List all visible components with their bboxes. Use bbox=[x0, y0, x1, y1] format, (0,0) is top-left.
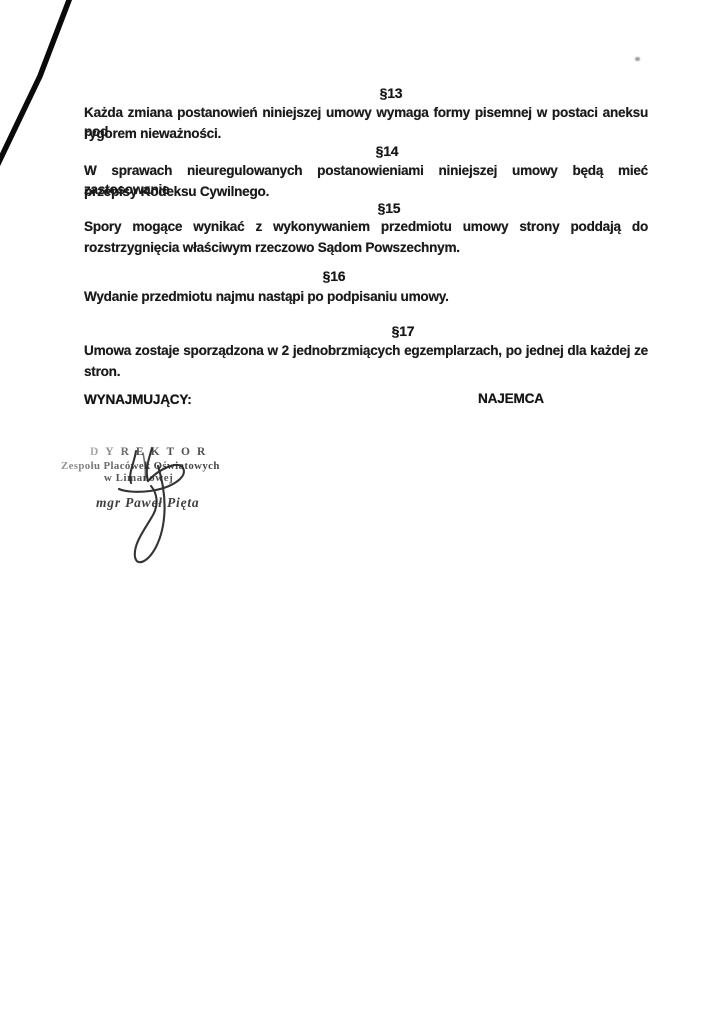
scanned-contract-page: §13 Każda zmiana postanowień niniejszej … bbox=[0, 0, 724, 1024]
section-heading-16: §16 bbox=[323, 268, 346, 284]
section-heading-15: §15 bbox=[378, 200, 401, 216]
scan-speck bbox=[635, 57, 640, 61]
landlord-label: WYNAJMUJĄCY: bbox=[84, 392, 192, 407]
section-heading-17: §17 bbox=[392, 323, 415, 339]
section-heading-13: §13 bbox=[380, 85, 403, 101]
section-heading-14: §14 bbox=[376, 143, 399, 159]
scan-crease-mark bbox=[0, 0, 90, 180]
paragraph-15-line-2: rozstrzygnięcia właściwym rzeczowo Sądom… bbox=[84, 238, 648, 257]
paragraph-16-line-1: Wydanie przedmiotu najmu nastąpi po podp… bbox=[84, 287, 648, 306]
paragraph-15-line-1: Spory mogące wynikać z wykonywaniem prze… bbox=[84, 217, 648, 236]
paragraph-13-line-2: rygorem nieważności. bbox=[84, 124, 648, 143]
paragraph-17-line-2: stron. bbox=[84, 362, 648, 381]
paragraph-17-line-1: Umowa zostaje sporządzona w 2 jednobrzmi… bbox=[84, 341, 648, 360]
paragraph-14-line-2: przepisy Kodeksu Cywilnego. bbox=[84, 182, 648, 201]
tenant-label: NAJEMCA bbox=[478, 391, 544, 406]
handwritten-signature bbox=[88, 428, 238, 583]
